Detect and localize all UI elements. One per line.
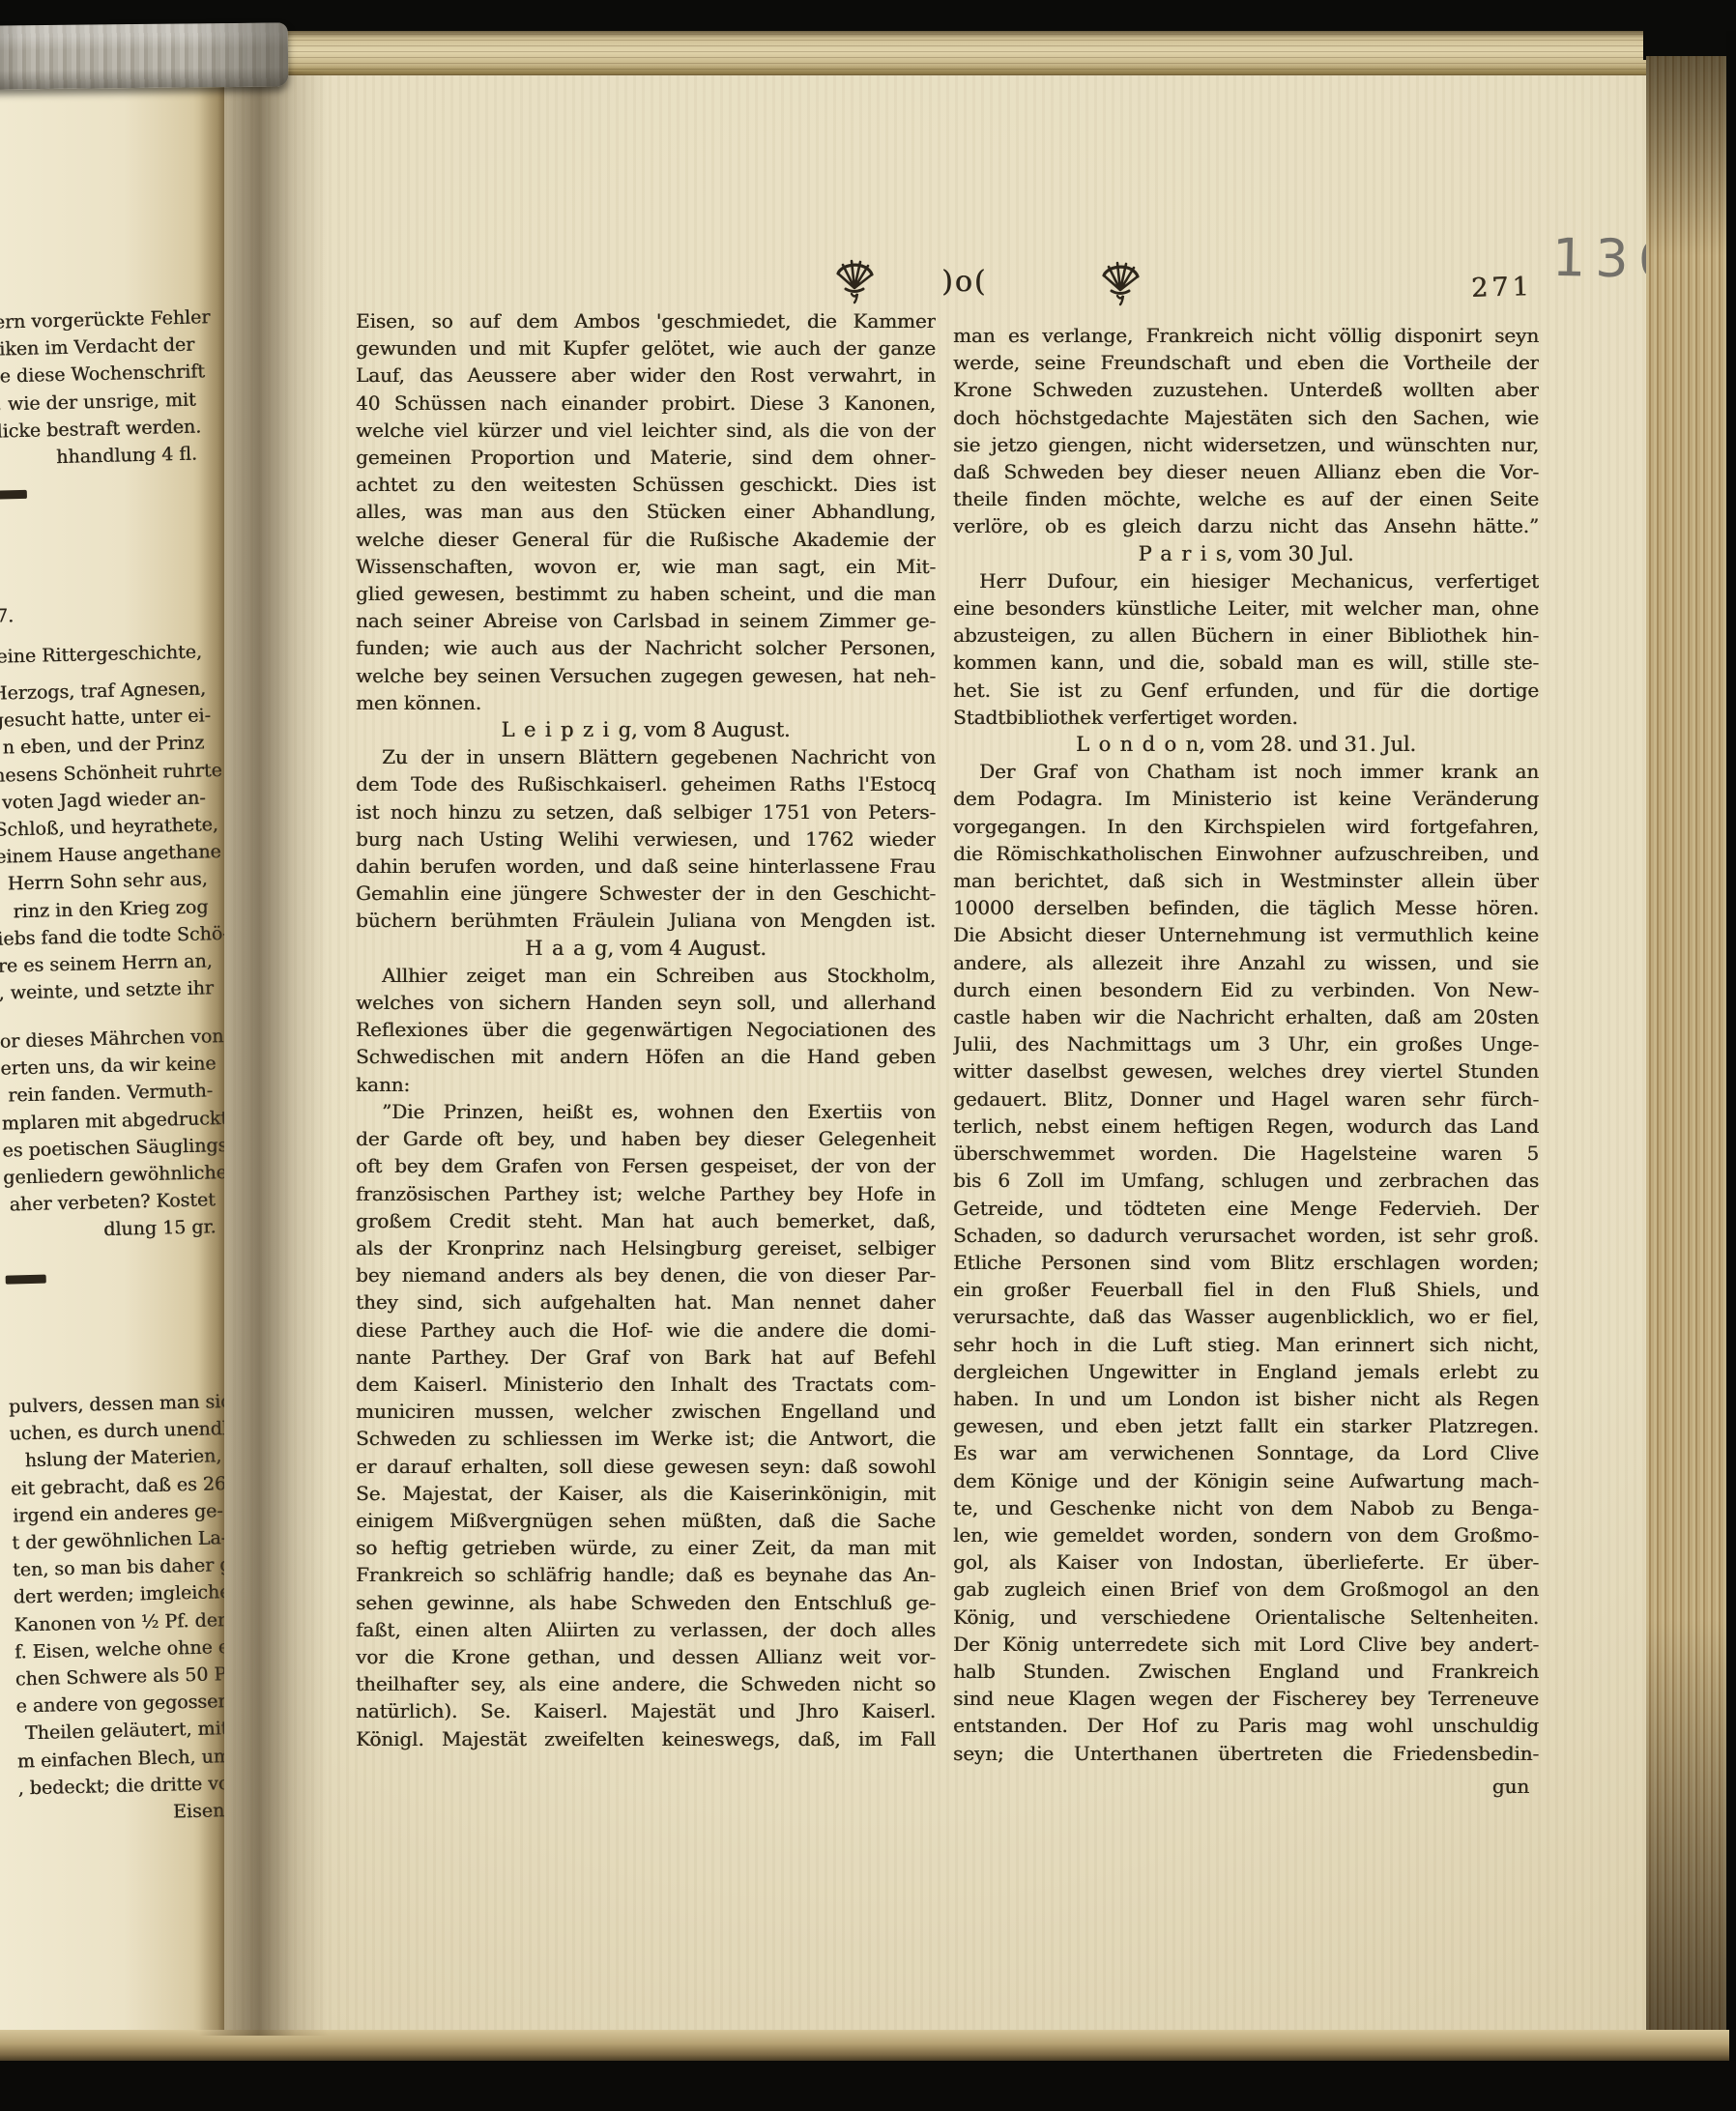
dateline-date: , vom 28. und 31. Jul.	[1199, 733, 1416, 756]
text-line: eine besonders künstliche Leiter, mit we…	[953, 594, 1539, 622]
text-line: castle haben wir die Nachricht erhalten,…	[953, 1003, 1539, 1030]
text-line: dergleichen Ungewitter in England jemals…	[953, 1358, 1539, 1385]
right-page: )o( 271 136 Eisen, so auf dem Ambos 'ges…	[224, 75, 1648, 2030]
text-line: they sind, sich aufgehalten hat. Man nen…	[356, 1288, 936, 1316]
text-line: Der König unterredete sich mit Lord Cliv…	[953, 1631, 1539, 1658]
dateline-heading: Haag, vom 4 August.	[356, 935, 936, 962]
text-line: Schaden, so dadurch verursachet worden, …	[953, 1222, 1539, 1249]
catchword: gun	[953, 1773, 1539, 1800]
text-line: gewunden und mit Kupfer gelötet, wie auc…	[356, 334, 936, 361]
separator-rule	[6, 1275, 46, 1285]
text-line: sehen gewinne, als habe Schweden den Ent…	[356, 1589, 936, 1616]
dateline-place: Paris	[1139, 542, 1236, 565]
text-line: Es war am verwichenen Sonntage, da Lord …	[953, 1439, 1539, 1466]
text-line: daß Schweden bey dieser neuen Allianz eb…	[953, 458, 1539, 485]
text-line: welche dieser General für die Rußische A…	[356, 526, 936, 553]
text-line: dem Tode des Rußischkaiserl. geheimen Ra…	[356, 770, 936, 797]
text-line: die Römischkatholischen Einwohner aufzus…	[953, 840, 1539, 867]
text-line: men können.	[356, 689, 936, 716]
text-line: gemeinen Proportion und Materie, sind de…	[356, 444, 936, 471]
separator-rule	[0, 490, 27, 500]
book-bottom-page-edges	[0, 2030, 1729, 2063]
left-page-fragment: pulvers, dessen man sichuchen, es durch …	[9, 1388, 231, 1829]
text-line: als der Kronprinz nach Helsingburg gerei…	[356, 1234, 936, 1261]
text-line: achtet zu den weitesten Schüssen geschic…	[356, 471, 936, 498]
text-line: halb Stunden. Zwischen England und Frank…	[953, 1658, 1539, 1685]
text-line: welche bey seinen Versuchen zugegen gewe…	[356, 662, 936, 689]
scallop-shell-ornament-icon	[831, 257, 878, 305]
text-line: Zu der in unsern Blättern gegebenen Nach…	[356, 743, 936, 770]
text-line: Schweden zu schliessen im Werke ist; die…	[356, 1425, 936, 1452]
text-line: so heftig getrieben würde, zu einer Zeit…	[356, 1534, 936, 1561]
text-line: dem Könige und der Königin seine Aufwart…	[953, 1467, 1539, 1494]
text-line: 40 Schüssen nach einander probirt. Diese…	[356, 390, 936, 417]
text-line: abzusteigen, zu allen Büchern in einer B…	[953, 622, 1539, 649]
text-line: ein großer Feuerball fiel in den Fluß Sh…	[953, 1276, 1539, 1303]
text-line: er darauf erhalten, soll diese gewesen s…	[356, 1453, 936, 1480]
text-line: gewesen, und eben jetzt fallt ein starke…	[953, 1412, 1539, 1439]
text-line: andere, als allezeit ihre Anzahl zu wiss…	[953, 949, 1539, 976]
text-line: funden; wie auch aus der Nachricht solch…	[356, 634, 936, 661]
dateline-date: , vom 30 Jul.	[1227, 542, 1354, 565]
text-line: ist noch hinzu zu setzen, daß selbiger 1…	[356, 798, 936, 825]
left-page-fragment: or dieses Mährchen vonerten uns, da wir …	[0, 1023, 217, 1246]
text-line: Getreide, und tödteten eine Menge Federv…	[953, 1195, 1539, 1222]
text-line: ”Die Prinzen, heißt es, wohnen den Exert…	[356, 1098, 936, 1125]
text-line: Gemahlin eine jüngere Schwester der in d…	[356, 880, 936, 907]
dateline-heading: Leipzig, vom 8 August.	[356, 716, 936, 743]
left-page-fragment: Herzogs, traf Agnesen,gesucht hatte, unt…	[0, 675, 211, 1007]
left-page-text: dern vorgerückte Fehlertiken im Verdacht…	[0, 68, 248, 2035]
text-line: verursachte, daß das Wasser augenblickli…	[953, 1303, 1539, 1330]
text-line: sind neue Klagen wegen der Fischerey bey…	[953, 1685, 1539, 1712]
text-line: der Garde oft bey, und haben bey dieser …	[356, 1125, 936, 1152]
left-page-fragment: 7.	[0, 602, 14, 630]
text-line: 7.	[0, 602, 14, 630]
text-line: Eisen, so auf dem Ambos 'geschmiedet, di…	[356, 307, 936, 334]
text-line: hhandlung 4 fl.	[0, 441, 197, 474]
text-line: natürlich). Se. Kaiserl. Majestät und Jh…	[356, 1697, 936, 1724]
dateline-place: Leipzig	[501, 718, 640, 741]
text-line: haben. In und um London ist bisher nicht…	[953, 1385, 1539, 1412]
text-line: theilhafter sey, als eine andere, die Sc…	[356, 1670, 936, 1697]
text-line: französischen Parthey ist; welche Parthe…	[356, 1180, 936, 1207]
text-line: theile finden möchte, welche es auf der …	[953, 485, 1539, 512]
text-line: Stadtbibliothek verfertiget worden.	[953, 704, 1539, 731]
scallop-shell-ornament-icon	[1097, 259, 1143, 307]
signature-mark: )o(	[941, 265, 987, 299]
text-line: man es verlange, Frankreich nicht völlig…	[953, 322, 1539, 349]
text-line: man berichtet, daß sich in Westminster a…	[953, 867, 1539, 894]
text-line: Die Absicht dieser Unternehmung ist verm…	[953, 921, 1539, 948]
book-scan-photo: dern vorgerückte Fehlertiken im Verdacht…	[0, 0, 1736, 2111]
right-page-edges	[1646, 56, 1729, 2059]
text-line: kann:	[356, 1071, 936, 1098]
text-line: Allhier zeiget man ein Schreiben aus Sto…	[356, 962, 936, 989]
text-line: te, und Geschenke nicht von dem Nabob zu…	[953, 1494, 1539, 1521]
text-line: doch höchstgedachte Majestäten sich den …	[953, 404, 1539, 431]
text-line: nante Parthey. Der Graf von Bark hat auf…	[356, 1344, 936, 1371]
text-line: alles, was man aus den Stücken einer Abh…	[356, 498, 936, 525]
text-line: verlöre, ob es gleich darzu nicht das An…	[953, 512, 1539, 539]
text-line: vorgegangen. In den Kirchspielen wird fo…	[953, 813, 1539, 840]
left-page-fragment: dern vorgerückte Fehlertiken im Verdacht…	[0, 304, 197, 474]
text-line: durch einen besondern Eid zu verbinden. …	[953, 976, 1539, 1003]
text-line: Reflexiones über die gegenwärtigen Negoc…	[356, 1016, 936, 1043]
text-line: werde, seine Freundschaft und eben die V…	[953, 349, 1539, 376]
text-line: bis 6 Zoll im Umfang, schlugen und zerbr…	[953, 1167, 1539, 1194]
text-line: überschwemmet worden. Die Hagelsteine wa…	[953, 1140, 1539, 1167]
text-line: vor die Krone gethan, und dessen Allianz…	[356, 1643, 936, 1670]
text-line: gedauert. Blitz, Donner und Hagel waren …	[953, 1085, 1539, 1113]
dateline-heading: Paris, vom 30 Jul.	[953, 540, 1539, 567]
text-line: entstanden. Der Hof zu Paris mag wohl un…	[953, 1712, 1539, 1739]
text-line: großem Credit steht. Man hat auch bemerk…	[356, 1207, 936, 1234]
left-page-sliver: dern vorgerückte Fehlertiken im Verdacht…	[0, 72, 224, 2034]
text-line: sehr hoch in die Luft stieg. Man erinner…	[953, 1331, 1539, 1358]
text-line: oft bey dem Grafen von Fersen gespeiset,…	[356, 1152, 936, 1179]
text-line: seyn; die Unterthanen übertreten die Fri…	[953, 1740, 1539, 1767]
text-column-left: Eisen, so auf dem Ambos 'geschmiedet, di…	[356, 307, 936, 1752]
text-line: glied gewesen, bestimmt zu haben scheint…	[356, 580, 936, 607]
text-line: Königl. Majestät zweifelten keineswegs, …	[356, 1725, 936, 1752]
bookmark-cloth	[0, 22, 288, 89]
text-line: eine Rittergeschichte,	[0, 638, 202, 671]
text-line: het. Sie ist zu Genf erfunden, und für d…	[953, 677, 1539, 704]
text-line: Der Graf von Chatham ist noch immer kran…	[953, 758, 1539, 785]
text-line: bey niemand anders als bey denen, die vo…	[356, 1261, 936, 1288]
text-line: Se. Majestat, der Kaiser, als die Kaiser…	[356, 1480, 936, 1507]
text-line: Krone Schweden zuzustehen. Unterdeß woll…	[953, 376, 1539, 403]
text-line: terlich, nebst einem heftigen Regen, wod…	[953, 1113, 1539, 1140]
text-line: büchern berühmten Fräulein Juliana von M…	[356, 907, 936, 934]
left-page-fragment: eine Rittergeschichte,	[0, 638, 202, 671]
text-line: dlung 15 gr.	[4, 1214, 217, 1247]
text-line: welche viel kürzer und viel leichter sin…	[356, 417, 936, 444]
text-line: Julii, des Nachmittags um 3 Uhr, ein gro…	[953, 1030, 1539, 1057]
text-line: Herr Dufour, ein hiesiger Mechanicus, ve…	[953, 567, 1539, 594]
text-line: Etliche Personen sind vom Blitz erschlag…	[953, 1249, 1539, 1276]
dateline-heading: London, vom 28. und 31. Jul.	[953, 731, 1539, 758]
right-black-margin	[1726, 0, 1736, 2111]
text-line: gab zugleich einen Brief von dem Großmog…	[953, 1576, 1539, 1603]
text-line: dem Kaiserl. Ministerio den Inhalt des T…	[356, 1371, 936, 1398]
text-line: Wissenschaften, wovon er, wie man sagt, …	[356, 553, 936, 580]
text-line: 10000 derselben befinden, die täglich Me…	[953, 894, 1539, 921]
text-line: Eisen,	[18, 1797, 231, 1830]
text-column-right: man es verlange, Frankreich nicht völlig…	[953, 322, 1539, 1800]
dateline-place: Haag	[525, 937, 617, 960]
text-line: witter daselbst gewesen, welches drey vi…	[953, 1057, 1539, 1084]
text-line: diese Parthey auch die Hof- wie die ande…	[356, 1316, 936, 1344]
text-line: , weinte, und setzte ihr	[0, 975, 211, 1008]
text-line: Lauf, das Aeussere aber wider den Rost v…	[356, 361, 936, 389]
text-line: burg nach Usting Welihi verwiesen, und 1…	[356, 825, 936, 853]
text-line: nach seiner Abreise von Carlsbad in sein…	[356, 607, 936, 634]
text-line: kommen kann, und die, sobald man es will…	[953, 649, 1539, 676]
text-line: faßt, einen alten Aliirten zu verlassen,…	[356, 1616, 936, 1643]
text-line: welches von sichern Handen seyn soll, un…	[356, 989, 936, 1016]
text-line: Frankreich so schläfrig handle; daß es b…	[356, 1561, 936, 1588]
text-line: Schwedischen mit andern Höfen an die Han…	[356, 1043, 936, 1070]
text-line: dahin berufen worden, und daß seine hint…	[356, 853, 936, 880]
text-line: len, wie gemeldet worden, sondern von de…	[953, 1521, 1539, 1548]
dateline-date: , vom 4 August.	[607, 937, 767, 960]
dateline-date: , vom 8 August.	[631, 718, 791, 741]
text-line: gol, als Kaiser von Indostan, überliefer…	[953, 1548, 1539, 1576]
text-line: municiren mussen, welcher zwischen Engel…	[356, 1398, 936, 1425]
text-line: dem Podagra. Im Ministerio ist keine Ver…	[953, 785, 1539, 812]
text-line: sie jetzo giengen, nicht widersetzen, un…	[953, 431, 1539, 458]
text-line: einigem Mißvergnügen sehen müßten, daß d…	[356, 1507, 936, 1534]
text-line: König, und verschiedene Orientalische Se…	[953, 1604, 1539, 1631]
page-number: 271	[1471, 272, 1533, 304]
dateline-place: London	[1076, 733, 1207, 756]
bottom-black-margin	[0, 2061, 1736, 2111]
